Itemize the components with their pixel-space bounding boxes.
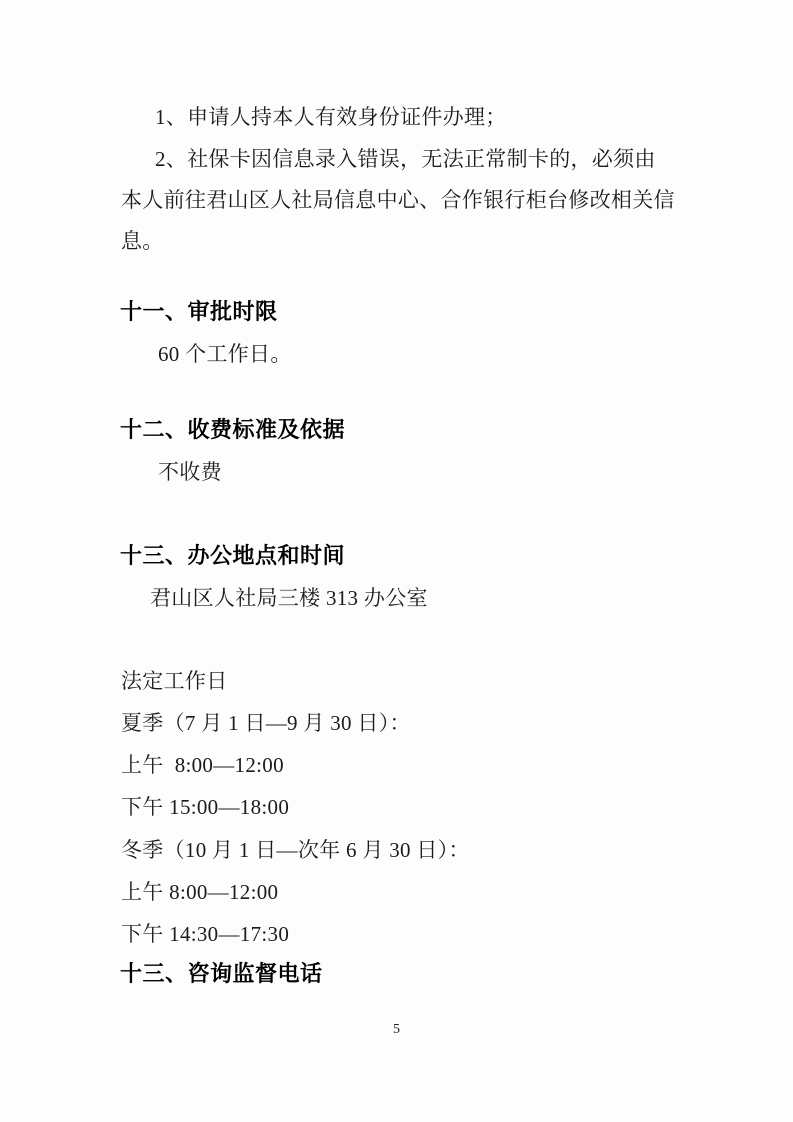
section-phone-heading: 十三、咨询监督电话 [120, 961, 323, 987]
schedule-winter-morning: 上午 8:00—12:00 [121, 879, 278, 905]
schedule-summer-afternoon: 下午 15:00—18:00 [121, 794, 289, 820]
schedule-workday-label: 法定工作日 [121, 668, 228, 694]
page-number: 5 [0, 1022, 793, 1038]
schedule-winter-afternoon: 下午 14:30—17:30 [121, 921, 289, 947]
schedule-summer-label: 夏季（7 月 1 日—9 月 30 日）： [121, 710, 411, 736]
section-fees-heading: 十二、收费标准及依据 [120, 417, 345, 443]
office-address: 君山区人社局三楼 313 办公室 [150, 585, 428, 611]
schedule-summer-morning: 上午 8:00—12:00 [121, 752, 284, 778]
schedule-winter-label: 冬季（10 月 1 日—次年 6 月 30 日）： [121, 837, 470, 863]
note-item-2-line-2: 本人前往君山区人社局信息中心、合作银行柜台修改相关信 [121, 187, 675, 213]
document-page: 1、申请人持本人有效身份证件办理； 2、社保卡因信息录入错误，无法正常制卡的，必… [0, 0, 793, 1122]
note-item-1: 1、申请人持本人有效身份证件办理； [155, 104, 507, 130]
note-item-2-line-1: 2、社保卡因信息录入错误，无法正常制卡的，必须由 [155, 146, 656, 172]
section-approval-time-heading: 十一、审批时限 [120, 299, 278, 325]
section-office-heading: 十三、办公地点和时间 [120, 543, 345, 569]
section-fees-body: 不收费 [158, 459, 222, 485]
section-approval-time-body: 60 个工作日。 [158, 341, 292, 367]
note-item-2-line-3: 息。 [121, 228, 164, 254]
